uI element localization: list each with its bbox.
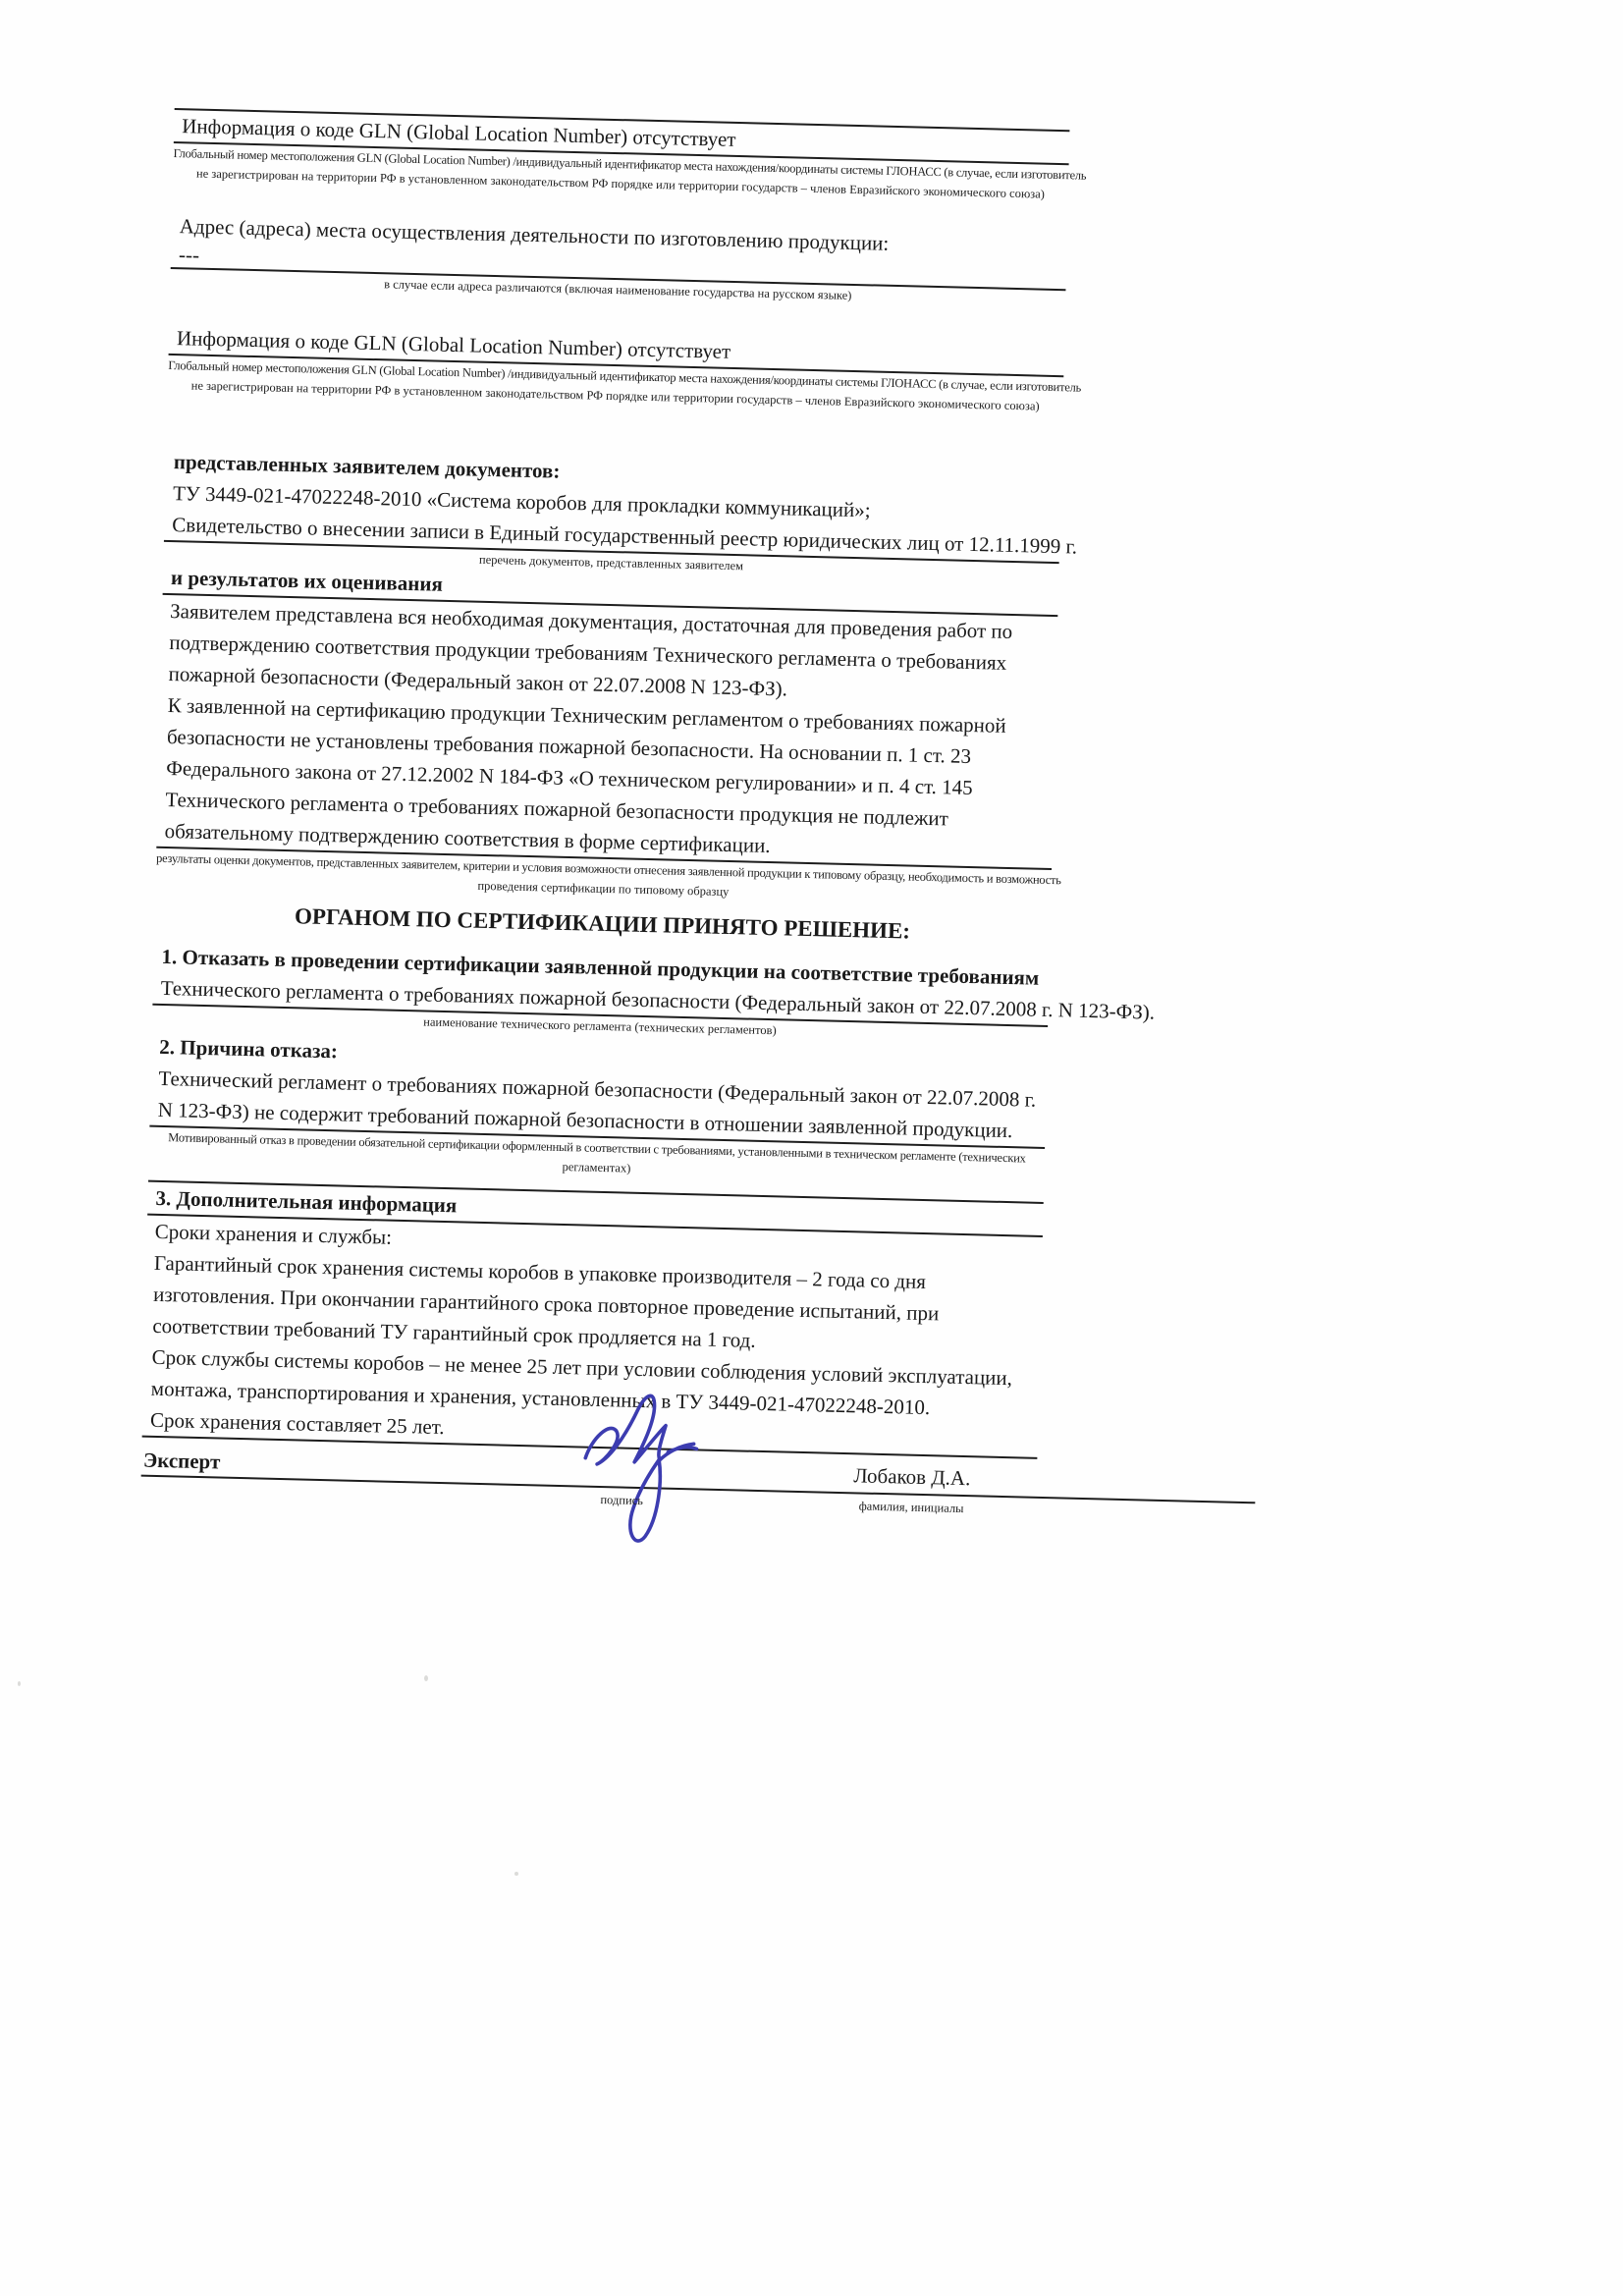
expert-name: Лобаков Д.А. [829,1463,997,1492]
scan-speck [514,1872,518,1876]
expert-role-label: Эксперт [143,1449,221,1475]
document-content: Информация о коде GLN (Global Location N… [140,96,1070,1522]
name-caption: фамилия, инициалы [828,1496,995,1519]
signature-caption: подпись [563,1489,680,1511]
document-page: Информация о коде GLN (Global Location N… [0,0,1623,2296]
scan-speck [18,1681,21,1686]
evaluation-paragraph-2: К заявленной на сертификацию продукции Т… [156,689,1055,870]
scan-speck [424,1675,428,1681]
